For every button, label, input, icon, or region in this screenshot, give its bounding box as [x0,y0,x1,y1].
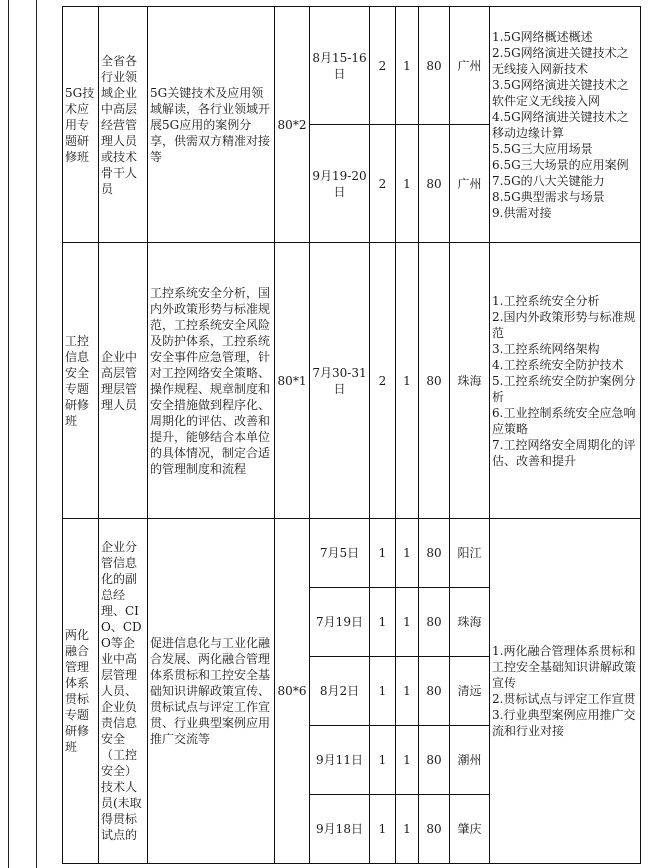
session-city: 珠海 [450,588,490,657]
session-people: 80 [419,726,450,795]
session-days: 2 [370,125,396,243]
left-margin-line-1 [8,0,9,868]
session-times: 1 [396,7,419,125]
course-description: 5G关键技术及应用领域解读，各行业领域开展5G应用的案例分享，供需双方精准对接等 [148,7,275,243]
table-row: 工控信息安全专题研修班 企业中高层管理层管理人员 工控系统安全分析，国内外政策形… [63,243,641,519]
session-times: 1 [396,125,419,243]
content-item: 5.工控系统安全防护案例分析 [492,373,638,405]
content-item: 9.供需对接 [492,205,638,221]
course-content: 1.工控系统安全分析 2.国内外政策形势与标准规范 3.工控系统网络架构 4.工… [490,243,641,519]
session-city: 肇庆 [450,795,490,864]
content-item: 4.5G网络演进关键技术之移动边缘计算 [492,109,638,141]
session-times: 1 [396,657,419,726]
session-days: 2 [370,243,396,519]
training-course-table: 5G技术应用专题研修班 全省各行业领域企业中高层经营管理人员或技术骨干人员 5G… [62,6,641,864]
session-people: 80 [419,519,450,588]
session-city: 阳江 [450,519,490,588]
session-date: 8月15-16日 [310,7,370,125]
session-date: 9月18日 [310,795,370,864]
session-days: 1 [370,657,396,726]
session-date: 7月30-31日 [310,243,370,519]
session-city: 清远 [450,657,490,726]
session-people: 80 [419,657,450,726]
content-item: 3.5G网络演进关键技术之软件定义无线接入网 [492,77,638,109]
table-row: 两化融合管理体系贯标专题研修班 企业分管信息化的副总经理、CIO、CDO等企业中… [63,519,641,588]
session-city: 广州 [450,125,490,243]
content-item: 2.国内外政策形势与标准规范 [492,309,638,341]
content-item: 3.工控系统网络架构 [492,341,638,357]
session-times: 1 [396,243,419,519]
content-item: 3.行业典型案例应用推广交流和行业对接 [492,707,638,739]
session-city: 广州 [450,7,490,125]
course-scale: 80*2 [275,7,310,243]
session-times: 1 [396,726,419,795]
content-item: 2.5G网络演进关键技术之无线接入网新技术 [492,45,638,77]
course-audience: 企业分管信息化的副总经理、CIO、CDO等企业中高层管理人员、企业负责信息安全（… [99,519,148,864]
session-days: 1 [370,795,396,864]
content-item: 7.5G的八大关键能力 [492,173,638,189]
content-item: 6.工业控制系统安全应急响应策略 [492,405,638,437]
content-item: 6.5G三大场景的应用案例 [492,157,638,173]
content-item: 7.工控网络安全周期化的评估、改善和提升 [492,437,638,469]
session-times: 1 [396,519,419,588]
course-content: 1.5G网络概述概述 2.5G网络演进关键技术之无线接入网新技术 3.5G网络演… [490,7,641,243]
session-date: 7月19日 [310,588,370,657]
session-date: 7月5日 [310,519,370,588]
content-item: 5.5G三大应用场景 [492,141,638,157]
course-name: 两化融合管理体系贯标专题研修班 [63,519,99,864]
course-name: 5G技术应用专题研修班 [63,7,99,243]
course-audience: 全省各行业领域企业中高层经营管理人员或技术骨干人员 [99,7,148,243]
session-date: 8月2日 [310,657,370,726]
content-item: 1.工控系统安全分析 [492,293,638,309]
session-times: 1 [396,588,419,657]
content-item: 1.5G网络概述概述 [492,29,638,45]
session-people: 80 [419,243,450,519]
session-people: 80 [419,7,450,125]
session-city: 珠海 [450,243,490,519]
course-scale: 80*1 [275,243,310,519]
course-audience: 企业中高层管理层管理人员 [99,243,148,519]
course-scale: 80*6 [275,519,310,864]
session-days: 1 [370,726,396,795]
content-item: 4.工控系统安全防护技术 [492,357,638,373]
session-city: 潮州 [450,726,490,795]
course-description: 工控系统安全分析，国内外政策形势与标准规范，工控系统安全风险及防护体系，工控系统… [148,243,275,519]
session-date: 9月19-20日 [310,125,370,243]
session-people: 80 [419,795,450,864]
left-margin-line-2 [36,0,37,868]
course-name: 工控信息安全专题研修班 [63,243,99,519]
session-days: 1 [370,519,396,588]
session-people: 80 [419,588,450,657]
session-times: 1 [396,795,419,864]
session-date: 9月11日 [310,726,370,795]
table-row: 5G技术应用专题研修班 全省各行业领域企业中高层经营管理人员或技术骨干人员 5G… [63,7,641,125]
course-content: 1.两化融合管理体系贯标和工控安全基础知识讲解政策宣传 2.贯标试点与评定工作宣… [490,519,641,864]
session-days: 2 [370,7,396,125]
content-item: 1.两化融合管理体系贯标和工控安全基础知识讲解政策宣传 [492,643,638,691]
content-item: 8.5G典型需求与场景 [492,189,638,205]
content-item: 2.贯标试点与评定工作宣贯 [492,691,638,707]
course-description: 促进信息化与工业化融合发展、两化融合管理体系贯标和工控安全基础知识讲解政策宣传、… [148,519,275,864]
session-people: 80 [419,125,450,243]
session-days: 1 [370,588,396,657]
